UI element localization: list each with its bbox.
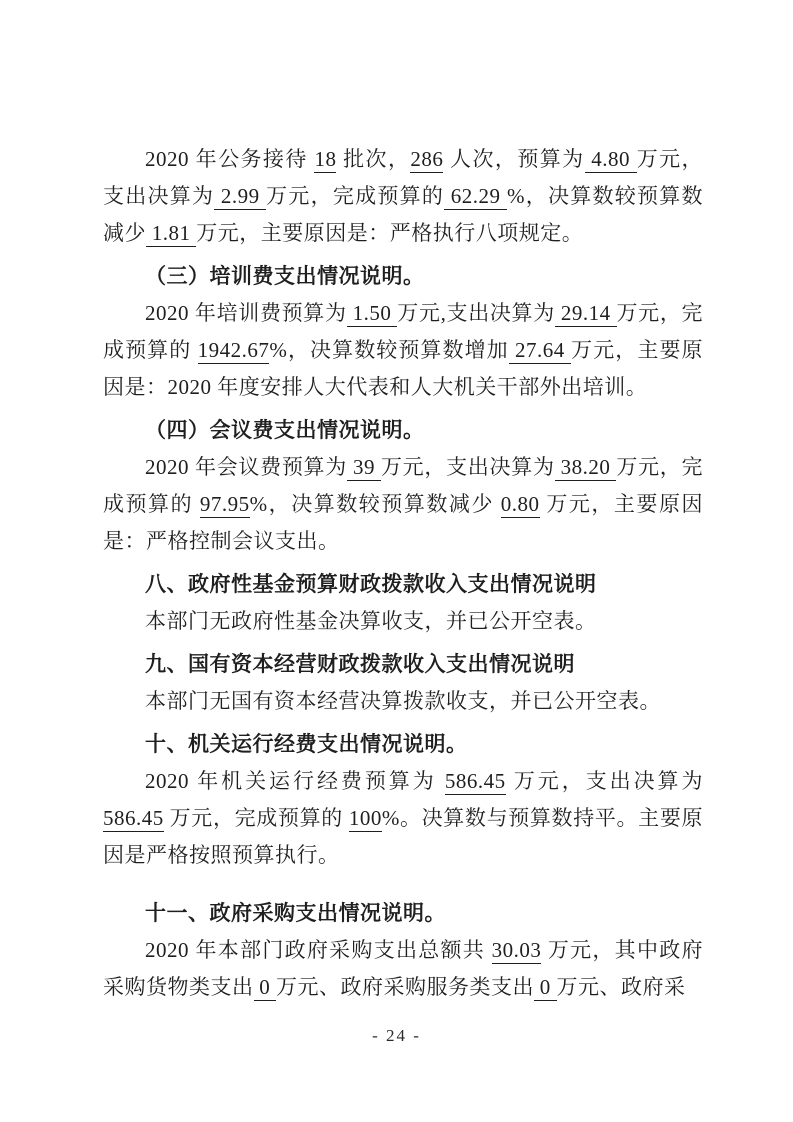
underlined-value: 0: [534, 975, 557, 1001]
text-segment: 八、政府性基金预算财政拨款收入支出情况说明: [145, 573, 597, 596]
section-heading: 十、机关运行经费支出情况说明。: [103, 726, 703, 763]
text-segment: 十一、政府采购支出情况说明。: [145, 902, 446, 925]
paragraph: 2020 年培训费预算为 1.50 万元,支出决算为 29.14 万元，完成预算…: [103, 295, 703, 406]
text-segment: 九、国有资本经营财政拨款收入支出情况说明: [145, 653, 575, 676]
underlined-value: 2.99: [214, 184, 266, 210]
page-footer: - 24 -: [0, 1026, 793, 1046]
section-heading: 八、政府性基金预算财政拨款收入支出情况说明: [103, 566, 703, 603]
section-heading: 九、国有资本经营财政拨款收入支出情况说明: [103, 646, 703, 683]
document-content: 2020 年公务接待 18 批次，286 人次，预算为 4.80 万元，支出决算…: [103, 141, 703, 1006]
text-segment: 万元、政府采购服务类支出: [276, 975, 534, 999]
text-segment: 万元，支出决算为: [506, 769, 703, 793]
text-segment: 万元，主要原因是：严格执行八项规定。: [196, 221, 583, 245]
underlined-value: 1.81: [146, 221, 196, 247]
text-segment: 十、机关运行经费支出情况说明。: [145, 733, 468, 756]
underlined-value: 0: [254, 975, 277, 1001]
text-segment: 2020 年公务接待: [145, 147, 314, 171]
underlined-value: 18: [314, 147, 336, 173]
text-segment: %，决算数较预算数增加: [269, 338, 508, 362]
text-segment: 2020 年机关运行经费预算为: [145, 769, 445, 793]
paragraph: 本部门无国有资本经营决算拨款收支，并已公开空表。: [103, 683, 703, 720]
text-segment: 2020 年会议费预算为: [145, 455, 347, 479]
text-segment: %，决算数较预算数减少: [250, 492, 501, 516]
paragraph: 2020 年机关运行经费预算为 586.45 万元，支出决算为 586.45 万…: [103, 763, 703, 874]
paragraph: 2020 年公务接待 18 批次，286 人次，预算为 4.80 万元，支出决算…: [103, 141, 703, 252]
paragraph: 2020 年会议费预算为 39 万元，支出决算为 38.20 万元，完成预算的 …: [103, 449, 703, 560]
text-segment: 万元，完成预算的: [266, 184, 444, 208]
underlined-value: 38.20: [555, 455, 617, 481]
page-number: - 24 -: [372, 1026, 421, 1045]
underlined-value: 586.45: [445, 769, 506, 795]
section-heading: 十一、政府采购支出情况说明。: [103, 895, 703, 932]
text-segment: （三）培训费支出情况说明。: [145, 264, 425, 288]
paragraph: 本部门无政府性基金决算收支，并已公开空表。: [103, 603, 703, 640]
underlined-value: 1942.67: [198, 338, 270, 364]
underlined-value: 97.95: [200, 492, 250, 518]
text-segment: 本部门无政府性基金决算收支，并已公开空表。: [145, 609, 597, 633]
text-segment: 2020 年本部门政府采购支出总额共: [145, 938, 492, 962]
document-page: 2020 年公务接待 18 批次，286 人次，预算为 4.80 万元，支出决算…: [0, 0, 793, 1122]
underlined-value: 586.45: [103, 806, 164, 832]
underlined-value: 29.14: [555, 301, 617, 327]
text-segment: 批次，: [336, 147, 410, 171]
paragraph: 2020 年本部门政府采购支出总额共 30.03 万元，其中政府采购货物类支出 …: [103, 932, 703, 1006]
text-segment: 本部门无国有资本经营决算拨款收支，并已公开空表。: [145, 689, 661, 713]
text-segment: 万元，支出决算为: [381, 455, 555, 479]
underlined-value: 27.64: [509, 338, 571, 364]
text-segment: 万元、政府采: [557, 975, 686, 999]
underlined-value: 1.50: [347, 301, 398, 327]
underlined-value: 39: [347, 455, 381, 481]
underlined-value: 4.80: [585, 147, 637, 173]
text-segment: （四）会议费支出情况说明。: [145, 418, 425, 442]
underlined-value: 286: [410, 147, 443, 173]
underlined-value: 100: [349, 806, 382, 832]
underlined-value: 0.80: [501, 492, 540, 518]
section-heading: （三）培训费支出情况说明。: [103, 258, 703, 295]
underlined-value: 62.29: [444, 184, 507, 210]
text-segment: 万元,支出决算为: [397, 301, 555, 325]
text-segment: 人次，预算为: [443, 147, 584, 171]
text-segment: 万元，完成预算的: [164, 806, 349, 830]
underlined-value: 30.03: [492, 938, 542, 964]
text-segment: 2020 年培训费预算为: [145, 301, 347, 325]
section-heading: （四）会议费支出情况说明。: [103, 412, 703, 449]
